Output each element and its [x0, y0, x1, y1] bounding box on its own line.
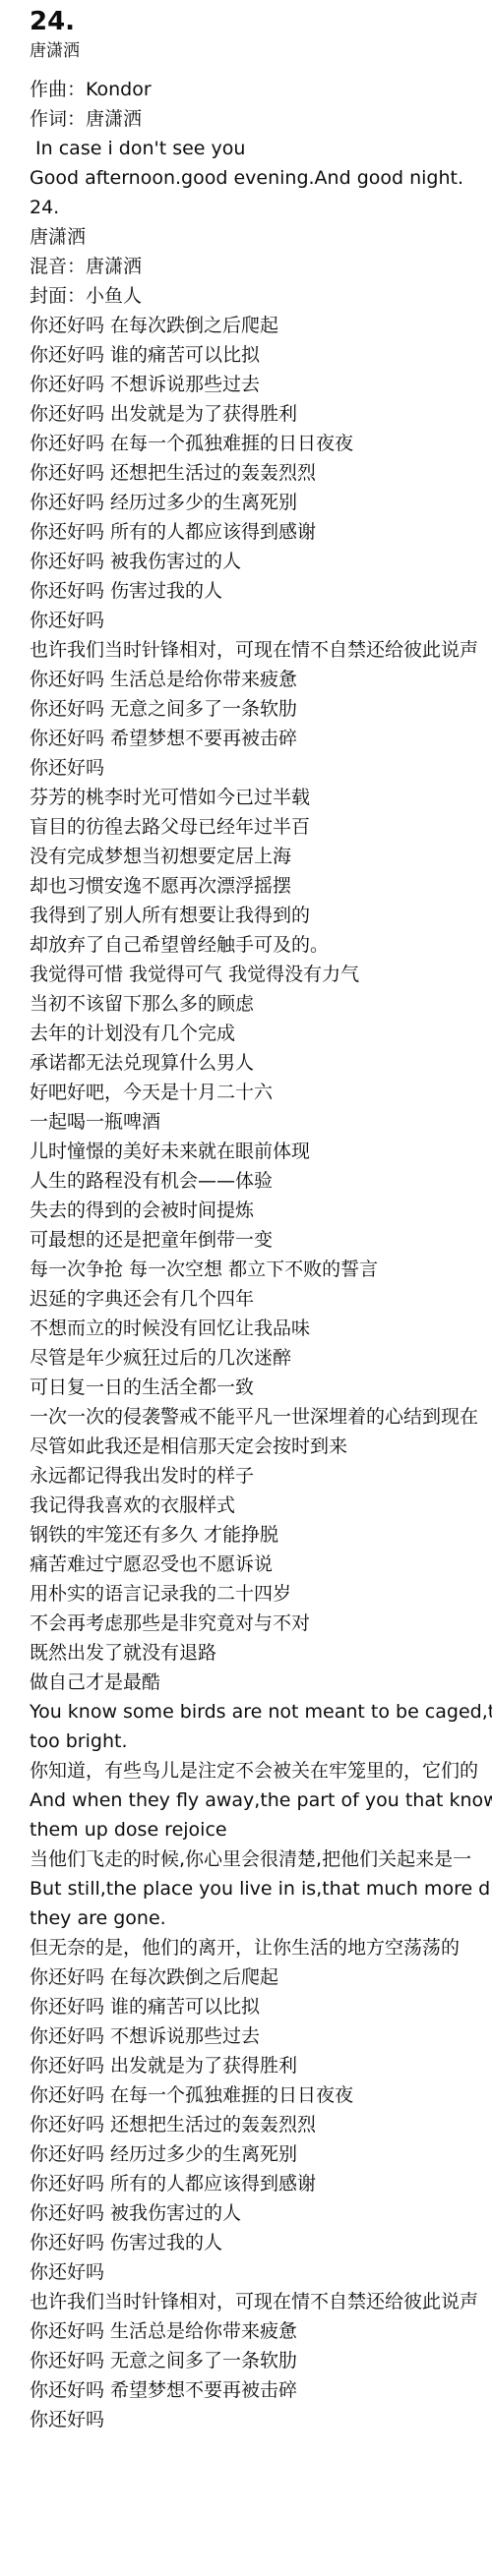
lyric-line: 当初不该留下那么多的顾虑: [30, 989, 492, 1019]
lyric-line: 你还好吗 在每次跌倒之后爬起: [30, 311, 492, 340]
lyric-line: 可日复一日的生活全都一致: [30, 1373, 492, 1402]
lyric-line: 你还好吗 在每一个孤独难捱的日日夜夜: [30, 2080, 492, 2110]
lyric-line: 去年的计划没有几个完成: [30, 1019, 492, 1048]
lyric-line: 可最想的还是把童年倒带一变: [30, 1225, 492, 1255]
lyric-line: 24.: [30, 193, 492, 222]
lyric-line: 唐潇洒: [30, 222, 492, 252]
lyric-line: 你还好吗 所有的人都应该得到感谢: [30, 517, 492, 547]
lyric-line: 迟延的字典还会有几个四年: [30, 1284, 492, 1314]
lyric-line: 既然出发了就没有退路: [30, 1638, 492, 1668]
lyric-line: 不会再考虑那些是非究竟对与不对: [30, 1609, 492, 1638]
lyric-line: 没有完成梦想当初想要定居上海: [30, 842, 492, 871]
lyric-line: 你还好吗 出发就是为了获得胜利: [30, 399, 492, 429]
lyric-line: 你还好吗 无意之间多了一条软肋: [30, 694, 492, 724]
lyric-line: 当他们飞走的时候,你心里会很清楚,把他们关起来是一: [30, 1844, 492, 1874]
lyric-line: they are gone.: [30, 1903, 492, 1933]
lyric-line: 你还好吗 经历过多少的生离死别: [30, 488, 492, 517]
lyric-line: 混音：唐潇洒: [30, 252, 492, 281]
lyric-line: And when they fly away,the part of you t…: [30, 1786, 492, 1815]
lyric-line: 人生的路程没有机会——体验: [30, 1166, 492, 1196]
lyric-line: too bright.: [30, 1727, 492, 1756]
lyric-line: 你还好吗 所有的人都应该得到感谢: [30, 2169, 492, 2198]
lyric-line: In case i don't see you: [30, 134, 492, 163]
lyric-line: 不想而立的时候没有回忆让我品味: [30, 1314, 492, 1343]
lyric-line: 失去的得到的会被时间提炼: [30, 1196, 492, 1225]
lyric-line: 你还好吗 生活总是给你带来疲惫: [30, 2316, 492, 2346]
lyric-line: 作词：唐潇洒: [30, 104, 492, 134]
lyric-line: 你还好吗: [30, 606, 492, 635]
lyric-line: 你还好吗 伤害过我的人: [30, 576, 492, 606]
lyric-line: 一次一次的侵袭警戒不能平凡一世深埋着的心结到现在: [30, 1402, 492, 1432]
artist-name: 唐潇洒: [30, 38, 492, 65]
lyric-line: 但无奈的是，他们的离开，让你生活的地方空荡荡的: [30, 1933, 492, 1962]
lyric-line: 我得到了别人所有想要让我得到的: [30, 901, 492, 930]
lyric-line: 你还好吗 被我伤害过的人: [30, 547, 492, 576]
lyric-line: 你还好吗 生活总是给你带来疲惫: [30, 665, 492, 694]
lyric-line: 你还好吗: [30, 753, 492, 783]
lyric-line: 你还好吗: [30, 2405, 492, 2434]
lyric-line: 钢铁的牢笼还有多久 才能挣脱: [30, 1520, 492, 1550]
page-title: 24.: [30, 6, 492, 38]
lyric-line: 尽管是年少疯狂过后的几次迷醉: [30, 1343, 492, 1373]
lyric-line: 你还好吗 不想诉说那些过去: [30, 2021, 492, 2051]
lyric-line: 儿时憧憬的美好未来就在眼前体现: [30, 1137, 492, 1166]
lyric-line: 用朴实的语言记录我的二十四岁: [30, 1579, 492, 1609]
lyric-line: 每一次争抢 每一次空想 都立下不败的誓言: [30, 1255, 492, 1284]
lyric-line: 承诺都无法兑现算什么男人: [30, 1048, 492, 1078]
lyric-line: 却也习惯安逸不愿再次漂浮摇摆: [30, 871, 492, 901]
lyric-line: 你还好吗: [30, 2257, 492, 2287]
lyrics-page: 24. 唐潇洒 作曲：Kondor作词：唐潇洒 In case i don't …: [0, 0, 492, 2576]
lyric-line: 你还好吗 还想把生活过的轰轰烈烈: [30, 458, 492, 488]
lyric-line: 永远都记得我出发时的样子: [30, 1461, 492, 1491]
lyric-line: 你还好吗 在每一个孤独难捱的日日夜夜: [30, 429, 492, 458]
lyric-line: 你还好吗 希望梦想不要再被击碎: [30, 724, 492, 753]
lyric-line: But still,the place you live in is,that …: [30, 1874, 492, 1903]
lyric-line: 痛苦难过宁愿忍受也不愿诉说: [30, 1550, 492, 1579]
lyric-line: 作曲：Kondor: [30, 75, 492, 104]
lyric-line: 我觉得可惜 我觉得可气 我觉得没有力气: [30, 960, 492, 989]
lyric-line: 却放弃了自己希望曾经触手可及的。: [30, 930, 492, 960]
lyric-line: them up dose rejoice: [30, 1815, 492, 1844]
lyric-line: 封面：小鱼人: [30, 281, 492, 311]
lyric-line: 你还好吗 经历过多少的生离死别: [30, 2139, 492, 2169]
lyric-line: 好吧好吧，今天是十月二十六: [30, 1078, 492, 1107]
lyric-line: Good afternoon.good evening.And good nig…: [30, 163, 492, 193]
lyric-line: 也许我们当时针锋相对，可现在情不自禁还给彼此说声: [30, 2287, 492, 2316]
lyric-line: 你还好吗 无意之间多了一条软肋: [30, 2346, 492, 2375]
lyric-line: 盲目的彷徨去路父母已经年过半百: [30, 812, 492, 842]
lyric-line: 你知道，有些鸟儿是注定不会被关在牢笼里的，它们的: [30, 1756, 492, 1786]
lyric-line: 做自己才是最酷: [30, 1668, 492, 1697]
lyric-line: 芬芳的桃李时光可惜如今已过半载: [30, 783, 492, 812]
lyric-line: 你还好吗 还想把生活过的轰轰烈烈: [30, 2110, 492, 2139]
lyric-line: 你还好吗 伤害过我的人: [30, 2228, 492, 2257]
lyrics-body: 作曲：Kondor作词：唐潇洒 In case i don't see youG…: [30, 75, 492, 2434]
lyric-line: 你还好吗 不想诉说那些过去: [30, 370, 492, 399]
lyric-line: 一起喝一瓶啤酒: [30, 1107, 492, 1137]
lyric-line: 尽管如此我还是相信那天定会按时到来: [30, 1432, 492, 1461]
lyric-line: 你还好吗 希望梦想不要再被击碎: [30, 2375, 492, 2405]
lyric-line: 你还好吗 谁的痛苦可以比拟: [30, 1992, 492, 2021]
lyric-line: 也许我们当时针锋相对，可现在情不自禁还给彼此说声: [30, 635, 492, 665]
lyric-line: You know some birds are not meant to be …: [30, 1697, 492, 1727]
lyric-line: 你还好吗 出发就是为了获得胜利: [30, 2051, 492, 2080]
lyric-line: 你还好吗 谁的痛苦可以比拟: [30, 340, 492, 370]
lyric-line: 你还好吗 在每次跌倒之后爬起: [30, 1962, 492, 1992]
lyric-line: 我记得我喜欢的衣服样式: [30, 1491, 492, 1520]
lyric-line: 你还好吗 被我伤害过的人: [30, 2198, 492, 2228]
